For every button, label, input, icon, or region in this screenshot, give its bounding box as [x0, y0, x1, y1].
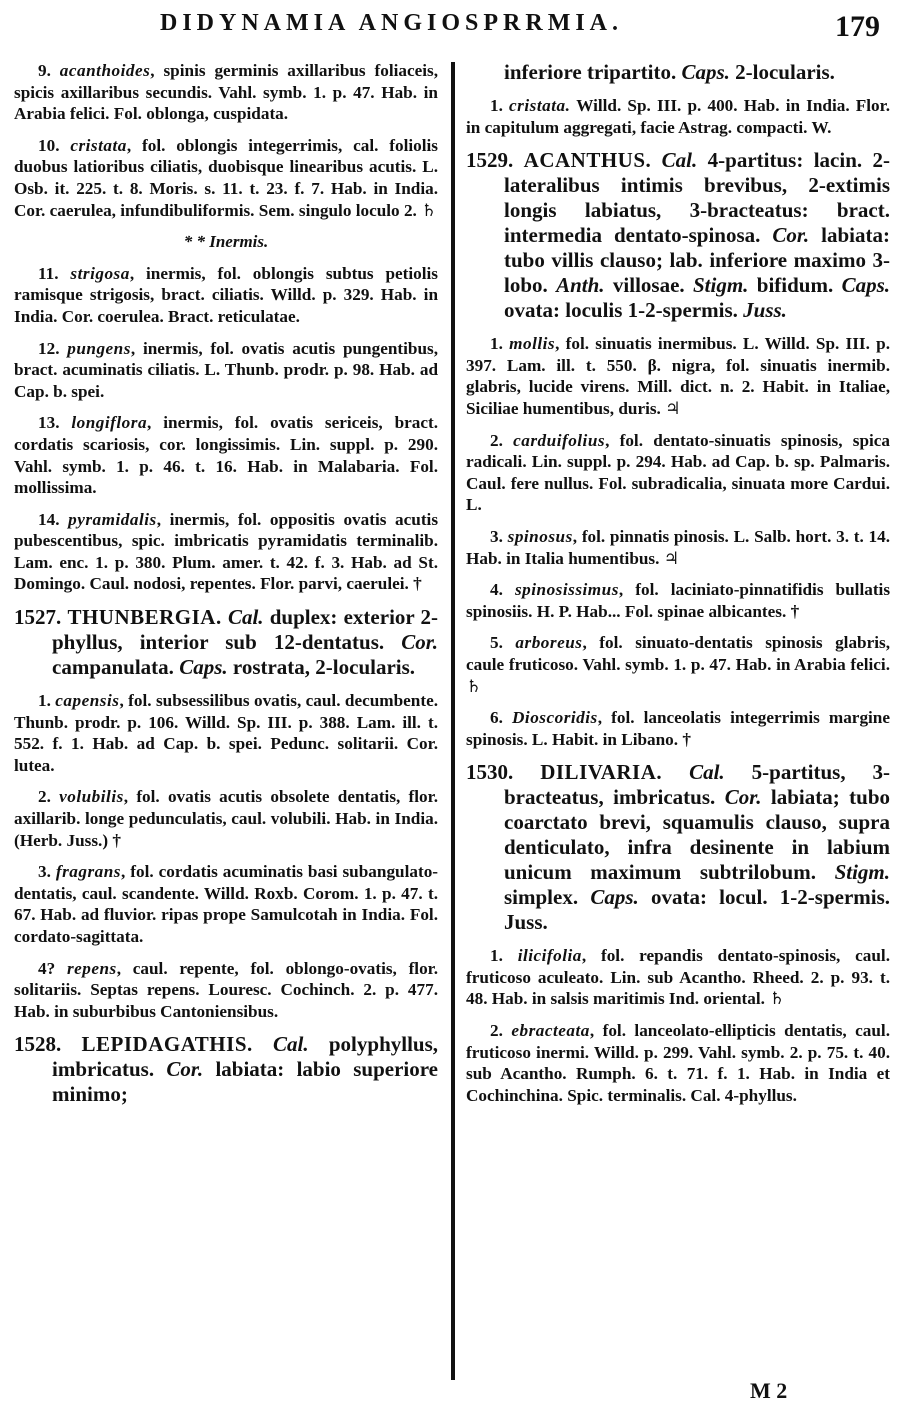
- species-entry: 2. ebracteata, fol. lanceolato-elliptici…: [466, 1020, 890, 1106]
- character-label: Cal.: [273, 1032, 309, 1056]
- species-entry: 3. fragrans, fol. cordatis acuminatis ba…: [14, 861, 438, 947]
- species-entry: 1. capensis, fol. subsessilibus ovatis, …: [14, 690, 438, 776]
- entry-number: 5.: [490, 633, 503, 652]
- species-entry: 13. longiflora, inermis, fol. ovatis ser…: [14, 412, 438, 498]
- entry-number: 9.: [38, 61, 51, 80]
- shrub-symbol-icon: ♄: [466, 677, 481, 696]
- species-entry: 1. ilicifolia, fol. repandis dentato-spi…: [466, 945, 890, 1010]
- genus-name: ACANTHUS.: [524, 148, 652, 172]
- species-entry: 12. pungens, inermis, fol. ovatis acutis…: [14, 338, 438, 403]
- species-entry: 4? repens, caul. repente, fol. oblongo-o…: [14, 958, 438, 1023]
- entry-number: 11.: [38, 264, 59, 283]
- character-label: Stigm.: [693, 273, 748, 297]
- authority-label: Juss.: [743, 298, 787, 322]
- character-label: Anth.: [556, 273, 604, 297]
- entry-number: 3.: [38, 862, 51, 881]
- section-subheading: * * Inermis.: [14, 231, 438, 253]
- genus-number: 1530.: [466, 760, 513, 784]
- character-label: Cal.: [228, 605, 264, 629]
- dagger-symbol-icon: †: [791, 602, 800, 621]
- character-label: Cor.: [166, 1057, 203, 1081]
- genus-description: villosae.: [613, 273, 685, 297]
- entry-number: 4?: [38, 959, 55, 978]
- entry-number: 2.: [490, 431, 503, 450]
- species-entry: 11. strigosa, inermis, fol. oblongis sub…: [14, 263, 438, 328]
- species-epithet: mollis: [509, 334, 555, 353]
- genus-number: 1529.: [466, 148, 513, 172]
- genus-description: 2-locularis.: [735, 60, 835, 84]
- species-epithet: repens: [67, 959, 117, 978]
- genus-name: LEPIDAGATHIS.: [82, 1032, 253, 1056]
- species-entry: 1. cristata. Willd. Sp. III. p. 400. Hab…: [466, 95, 890, 138]
- shrub-symbol-icon: ♄: [421, 201, 436, 220]
- entry-number: 4.: [490, 580, 503, 599]
- entry-number: 2.: [490, 1021, 503, 1040]
- entry-number: 3.: [490, 527, 503, 546]
- left-column: 9. acanthoides, spinis germinis axillari…: [14, 60, 438, 1386]
- species-epithet: cristata.: [509, 96, 570, 115]
- species-epithet: carduifolius: [513, 431, 605, 450]
- species-entry: 5. arboreus, fol. sinuato-dentatis spino…: [466, 632, 890, 697]
- species-entry: 2. volubilis, fol. ovatis acutis obsolet…: [14, 786, 438, 851]
- dagger-symbol-icon: †: [112, 831, 121, 850]
- species-entry: 10. cristata, fol. oblongis integerrimis…: [14, 135, 438, 221]
- genus-description: rostrata, 2-locularis.: [233, 655, 415, 679]
- genus-description: simplex.: [504, 885, 578, 909]
- species-epithet: Dioscoridis: [512, 708, 598, 727]
- entry-number: 1.: [490, 334, 503, 353]
- genus-heading-acanthus: 1529. ACANTHUS. Cal. 4-partitus: lacin. …: [466, 148, 890, 323]
- species-entry: 1. mollis, fol. sinuatis inermibus. L. W…: [466, 333, 890, 419]
- genus-description: campanulata.: [52, 655, 174, 679]
- character-label: Caps.: [681, 60, 729, 84]
- genus-description: bifidum.: [757, 273, 833, 297]
- character-label: Cor.: [772, 223, 809, 247]
- genus-heading-lepidagathis: 1528. LEPIDAGATHIS. Cal. polyphyllus, im…: [14, 1032, 438, 1107]
- entry-number: 1.: [490, 946, 503, 965]
- species-entry: 2. carduifolius, fol. dentato-sinuatis s…: [466, 430, 890, 516]
- perennial-symbol-icon: ♃: [665, 399, 680, 418]
- entry-number: 14.: [38, 510, 59, 529]
- species-entry: 14. pyramidalis, inermis, fol. oppositis…: [14, 509, 438, 595]
- species-epithet: acanthoides: [60, 61, 151, 80]
- genus-description: ovata: loculis 1-2-spermis.: [504, 298, 738, 322]
- species-epithet: ebracteata: [511, 1021, 590, 1040]
- species-epithet: strigosa: [70, 264, 129, 283]
- species-entry: 9. acanthoides, spinis germinis axillari…: [14, 60, 438, 125]
- genus-description: inferiore tripartito.: [504, 60, 676, 84]
- character-label: Stigm.: [835, 860, 890, 884]
- running-head: DIDYNAMIA ANGIOSPRRMIA. 179: [0, 6, 900, 46]
- species-entry: 4. spinosissimus, fol. laciniato-pinnati…: [466, 579, 890, 622]
- species-epithet: arboreus: [515, 633, 582, 652]
- genus-heading-thunbergia: 1527. THUNBERGIA. Cal. duplex: exterior …: [14, 605, 438, 680]
- species-epithet: cristata: [70, 136, 127, 155]
- species-entry: 6. Dioscoridis, fol. lanceolatis integer…: [466, 707, 890, 750]
- entry-number: 6.: [490, 708, 503, 727]
- character-label: Cal.: [662, 148, 698, 172]
- genus-number: 1528.: [14, 1032, 61, 1056]
- genus-heading-dilivaria: 1530. DILIVARIA. Cal. 5-partitus, 3-brac…: [466, 760, 890, 935]
- species-entry: 3. spinosus, fol. pinnatis pinosis. L. S…: [466, 526, 890, 569]
- entry-number: 1.: [38, 691, 51, 710]
- species-epithet: spinosissimus: [515, 580, 619, 599]
- shrub-symbol-icon: ♄: [769, 989, 784, 1008]
- column-divider: [451, 62, 455, 1380]
- dagger-symbol-icon: †: [682, 730, 691, 749]
- species-epithet: pungens: [67, 339, 131, 358]
- entry-number: 10.: [38, 136, 59, 155]
- species-epithet: longiflora: [71, 413, 147, 432]
- character-label: Cal.: [689, 760, 725, 784]
- species-epithet: capensis: [55, 691, 119, 710]
- species-epithet: fragrans: [56, 862, 121, 881]
- character-label: Cor.: [401, 630, 438, 654]
- species-epithet: pyramidalis: [68, 510, 157, 529]
- species-epithet: ilicifolia: [518, 946, 582, 965]
- page-number: 179: [835, 10, 880, 44]
- character-label: Caps.: [590, 885, 638, 909]
- entry-number: 13.: [38, 413, 59, 432]
- character-label: Caps.: [179, 655, 227, 679]
- species-epithet: spinosus: [508, 527, 573, 546]
- genus-continuation: inferiore tripartito. Caps. 2-locularis.: [504, 60, 890, 85]
- genus-name: THUNBERGIA.: [67, 605, 221, 629]
- species-epithet: volubilis: [59, 787, 124, 806]
- entry-number: 2.: [38, 787, 51, 806]
- entry-number: 1.: [490, 96, 503, 115]
- dagger-symbol-icon: †: [413, 574, 422, 593]
- right-column: inferiore tripartito. Caps. 2-locularis.…: [466, 60, 890, 1386]
- character-label: Cor.: [725, 785, 762, 809]
- printer-signature-mark: M 2: [750, 1378, 787, 1404]
- genus-number: 1527.: [14, 605, 61, 629]
- entry-number: 12.: [38, 339, 59, 358]
- genus-name: DILIVARIA.: [540, 760, 662, 784]
- perennial-symbol-icon: ♃: [664, 549, 679, 568]
- running-title: DIDYNAMIA ANGIOSPRRMIA.: [160, 10, 623, 37]
- character-label: Caps.: [842, 273, 890, 297]
